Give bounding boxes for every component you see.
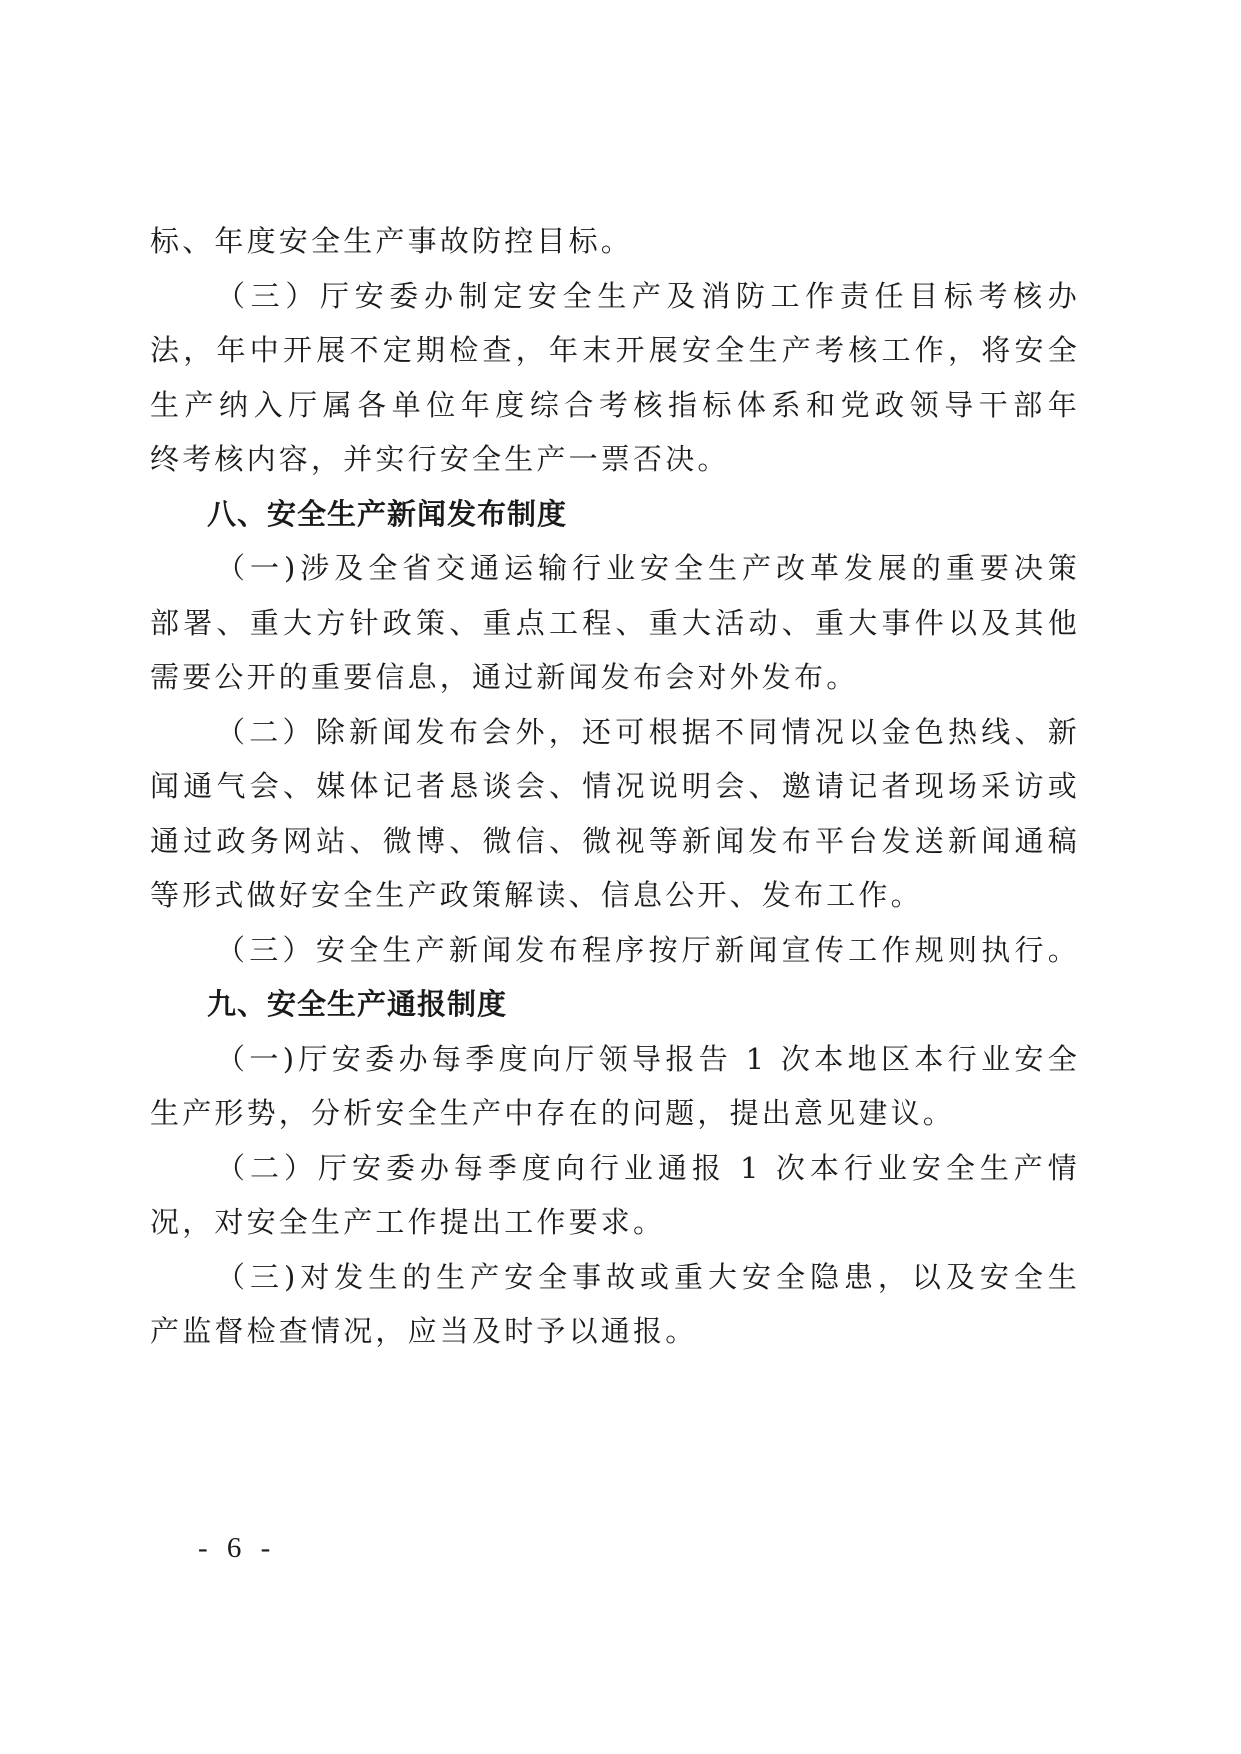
text-line: 产监督检查情况，应当及时予以通报。: [150, 1304, 1080, 1359]
text-line: 法，年中开展不定期检查，年末开展安全生产考核工作，将安全: [150, 323, 1080, 378]
page-number: - 6 -: [198, 1532, 276, 1565]
text-line: 生产形势，分析安全生产中存在的问题，提出意见建议。: [150, 1086, 1080, 1141]
document-page: 标、年度安全生产事故防控目标。 （三）厅安委办制定安全生产及消防工作责任目标考核…: [0, 0, 1241, 1754]
paragraph-line: （三)对发生的生产安全事故或重大安全隐患，以及安全生: [150, 1250, 1080, 1305]
paragraph-line: （二）除新闻发布会外，还可根据不同情况以金色热线、新: [150, 705, 1080, 760]
text-line: 部署、重大方针政策、重点工程、重大活动、重大事件以及其他: [150, 596, 1080, 651]
text-line: 生产纳入厅属各单位年度综合考核指标体系和党政领导干部年: [150, 378, 1080, 433]
paragraph-line: （一)涉及全省交通运输行业安全生产改革发展的重要决策: [150, 541, 1080, 596]
text-line: 终考核内容，并实行安全生产一票否决。: [150, 432, 1080, 487]
section-heading-8: 八、安全生产新闻发布制度: [150, 487, 1080, 542]
text-line: 等形式做好安全生产政策解读、信息公开、发布工作。: [150, 868, 1080, 923]
text-line: 通过政务网站、微博、微信、微视等新闻发布平台发送新闻通稿: [150, 814, 1080, 869]
paragraph-line: （一)厅安委办每季度向厅领导报告 1 次本地区本行业安全: [150, 1032, 1080, 1087]
text-line: 需要公开的重要信息，通过新闻发布会对外发布。: [150, 650, 1080, 705]
paragraph-line: （二）厅安委办每季度向行业通报 1 次本行业安全生产情: [150, 1141, 1080, 1196]
text-line: 标、年度安全生产事故防控目标。: [150, 214, 1080, 269]
section-heading-9: 九、安全生产通报制度: [150, 977, 1080, 1032]
text-line: 况，对安全生产工作提出工作要求。: [150, 1195, 1080, 1250]
document-body: 标、年度安全生产事故防控目标。 （三）厅安委办制定安全生产及消防工作责任目标考核…: [150, 214, 1080, 1359]
paragraph-line: （三）安全生产新闻发布程序按厅新闻宣传工作规则执行。: [150, 923, 1080, 978]
paragraph-line: （三）厅安委办制定安全生产及消防工作责任目标考核办: [150, 269, 1080, 324]
text-line: 闻通气会、媒体记者恳谈会、情况说明会、邀请记者现场采访或: [150, 759, 1080, 814]
